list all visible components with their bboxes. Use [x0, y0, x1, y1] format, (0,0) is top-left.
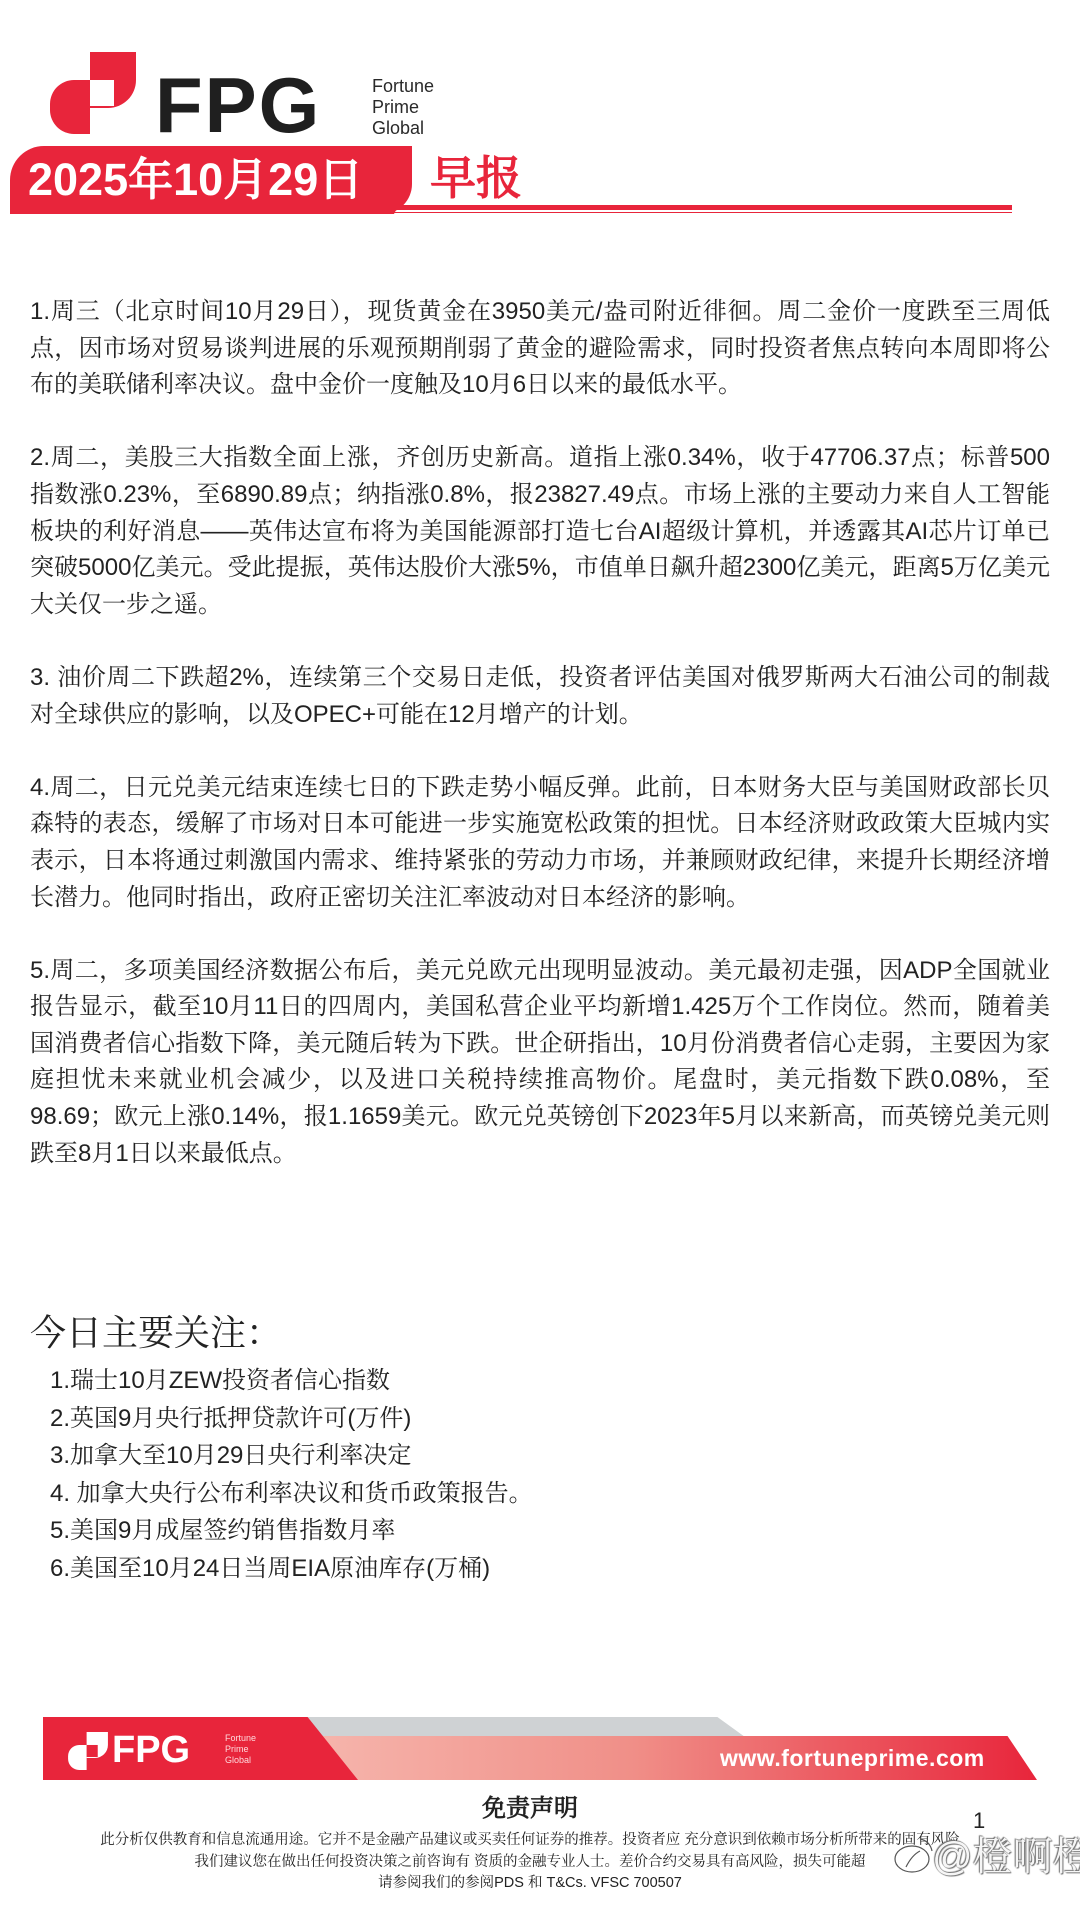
logo-sub-line: Global: [372, 118, 434, 139]
report-date: 2025年10月29日: [28, 150, 363, 210]
watermark-text: @橙啊橙: [932, 1828, 1080, 1886]
header-divider-thin: [380, 212, 1012, 213]
focus-item: 4. 加拿大央行公布利率决议和货币政策报告。: [50, 1475, 533, 1513]
logo-sub-line: Global: [225, 1755, 256, 1766]
news-item-us-stocks: 2.周二，美股三大指数全面上涨，齐创历史新高。道指上涨0.34%，收于47706…: [30, 440, 1050, 623]
fpg-logo-text: FPG: [155, 66, 321, 144]
news-item-yen: 4.周二，日元兑美元结束连续七日的下跌走势小幅反弹。此前，日本财务大臣与美国财政…: [30, 770, 1050, 916]
disclaimer-title: 免责声明: [0, 1794, 1060, 1824]
weibo-icon: [890, 1833, 936, 1879]
logo-sub-line: Prime: [372, 97, 434, 118]
focus-title: 今日主要关注：: [30, 1310, 282, 1356]
fpg-logo-mark-icon: [50, 52, 136, 134]
focus-item: 3.加拿大至10月29日央行利率决定: [50, 1437, 533, 1475]
focus-item: 2.英国9月央行抵押贷款许可(万件): [50, 1400, 533, 1438]
news-item-gold: 1.周三（北京时间10月29日），现货黄金在3950美元/盎司附近徘徊。周二金价…: [30, 294, 1050, 404]
focus-item: 1.瑞士10月ZEW投资者信心指数: [50, 1362, 533, 1400]
news-item-usd-eur: 5.周二，多项美国经济数据公布后，美元兑欧元出现明显波动。美元最初走强，因ADP…: [30, 953, 1050, 1173]
footer-banner-gray-strip: [285, 1717, 745, 1737]
fpg-footer-logo-text: FPG: [112, 1730, 190, 1770]
focus-item: 6.美国至10月24日当周EIA原油库存(万桶): [50, 1550, 533, 1588]
date-band-corner: [380, 146, 412, 214]
news-body: 1.周三（北京时间10月29日），现货黄金在3950美元/盎司附近徘徊。周二金价…: [30, 294, 1050, 1209]
fpg-footer-logo-mark-icon: [68, 1732, 108, 1770]
logo-sub-line: Prime: [225, 1744, 256, 1755]
logo-sub-line: Fortune: [372, 76, 434, 97]
focus-item: 5.美国9月成屋签约销售指数月率: [50, 1512, 533, 1550]
website-url[interactable]: www.fortuneprime.com: [720, 1744, 985, 1772]
logo-sub-line: Fortune: [225, 1733, 256, 1744]
report-type-title: 早报: [430, 148, 522, 208]
header-divider: [395, 205, 1012, 210]
focus-list: 1.瑞士10月ZEW投资者信心指数 2.英国9月央行抵押贷款许可(万件) 3.加…: [50, 1362, 533, 1587]
fpg-footer-logo-subtitle: Fortune Prime Global: [225, 1733, 256, 1766]
news-item-oil: 3. 油价周二下跌超2%，连续第三个交易日走低，投资者评估美国对俄罗斯两大石油公…: [30, 660, 1050, 733]
fpg-logo-subtitle: Fortune Prime Global: [372, 76, 434, 139]
